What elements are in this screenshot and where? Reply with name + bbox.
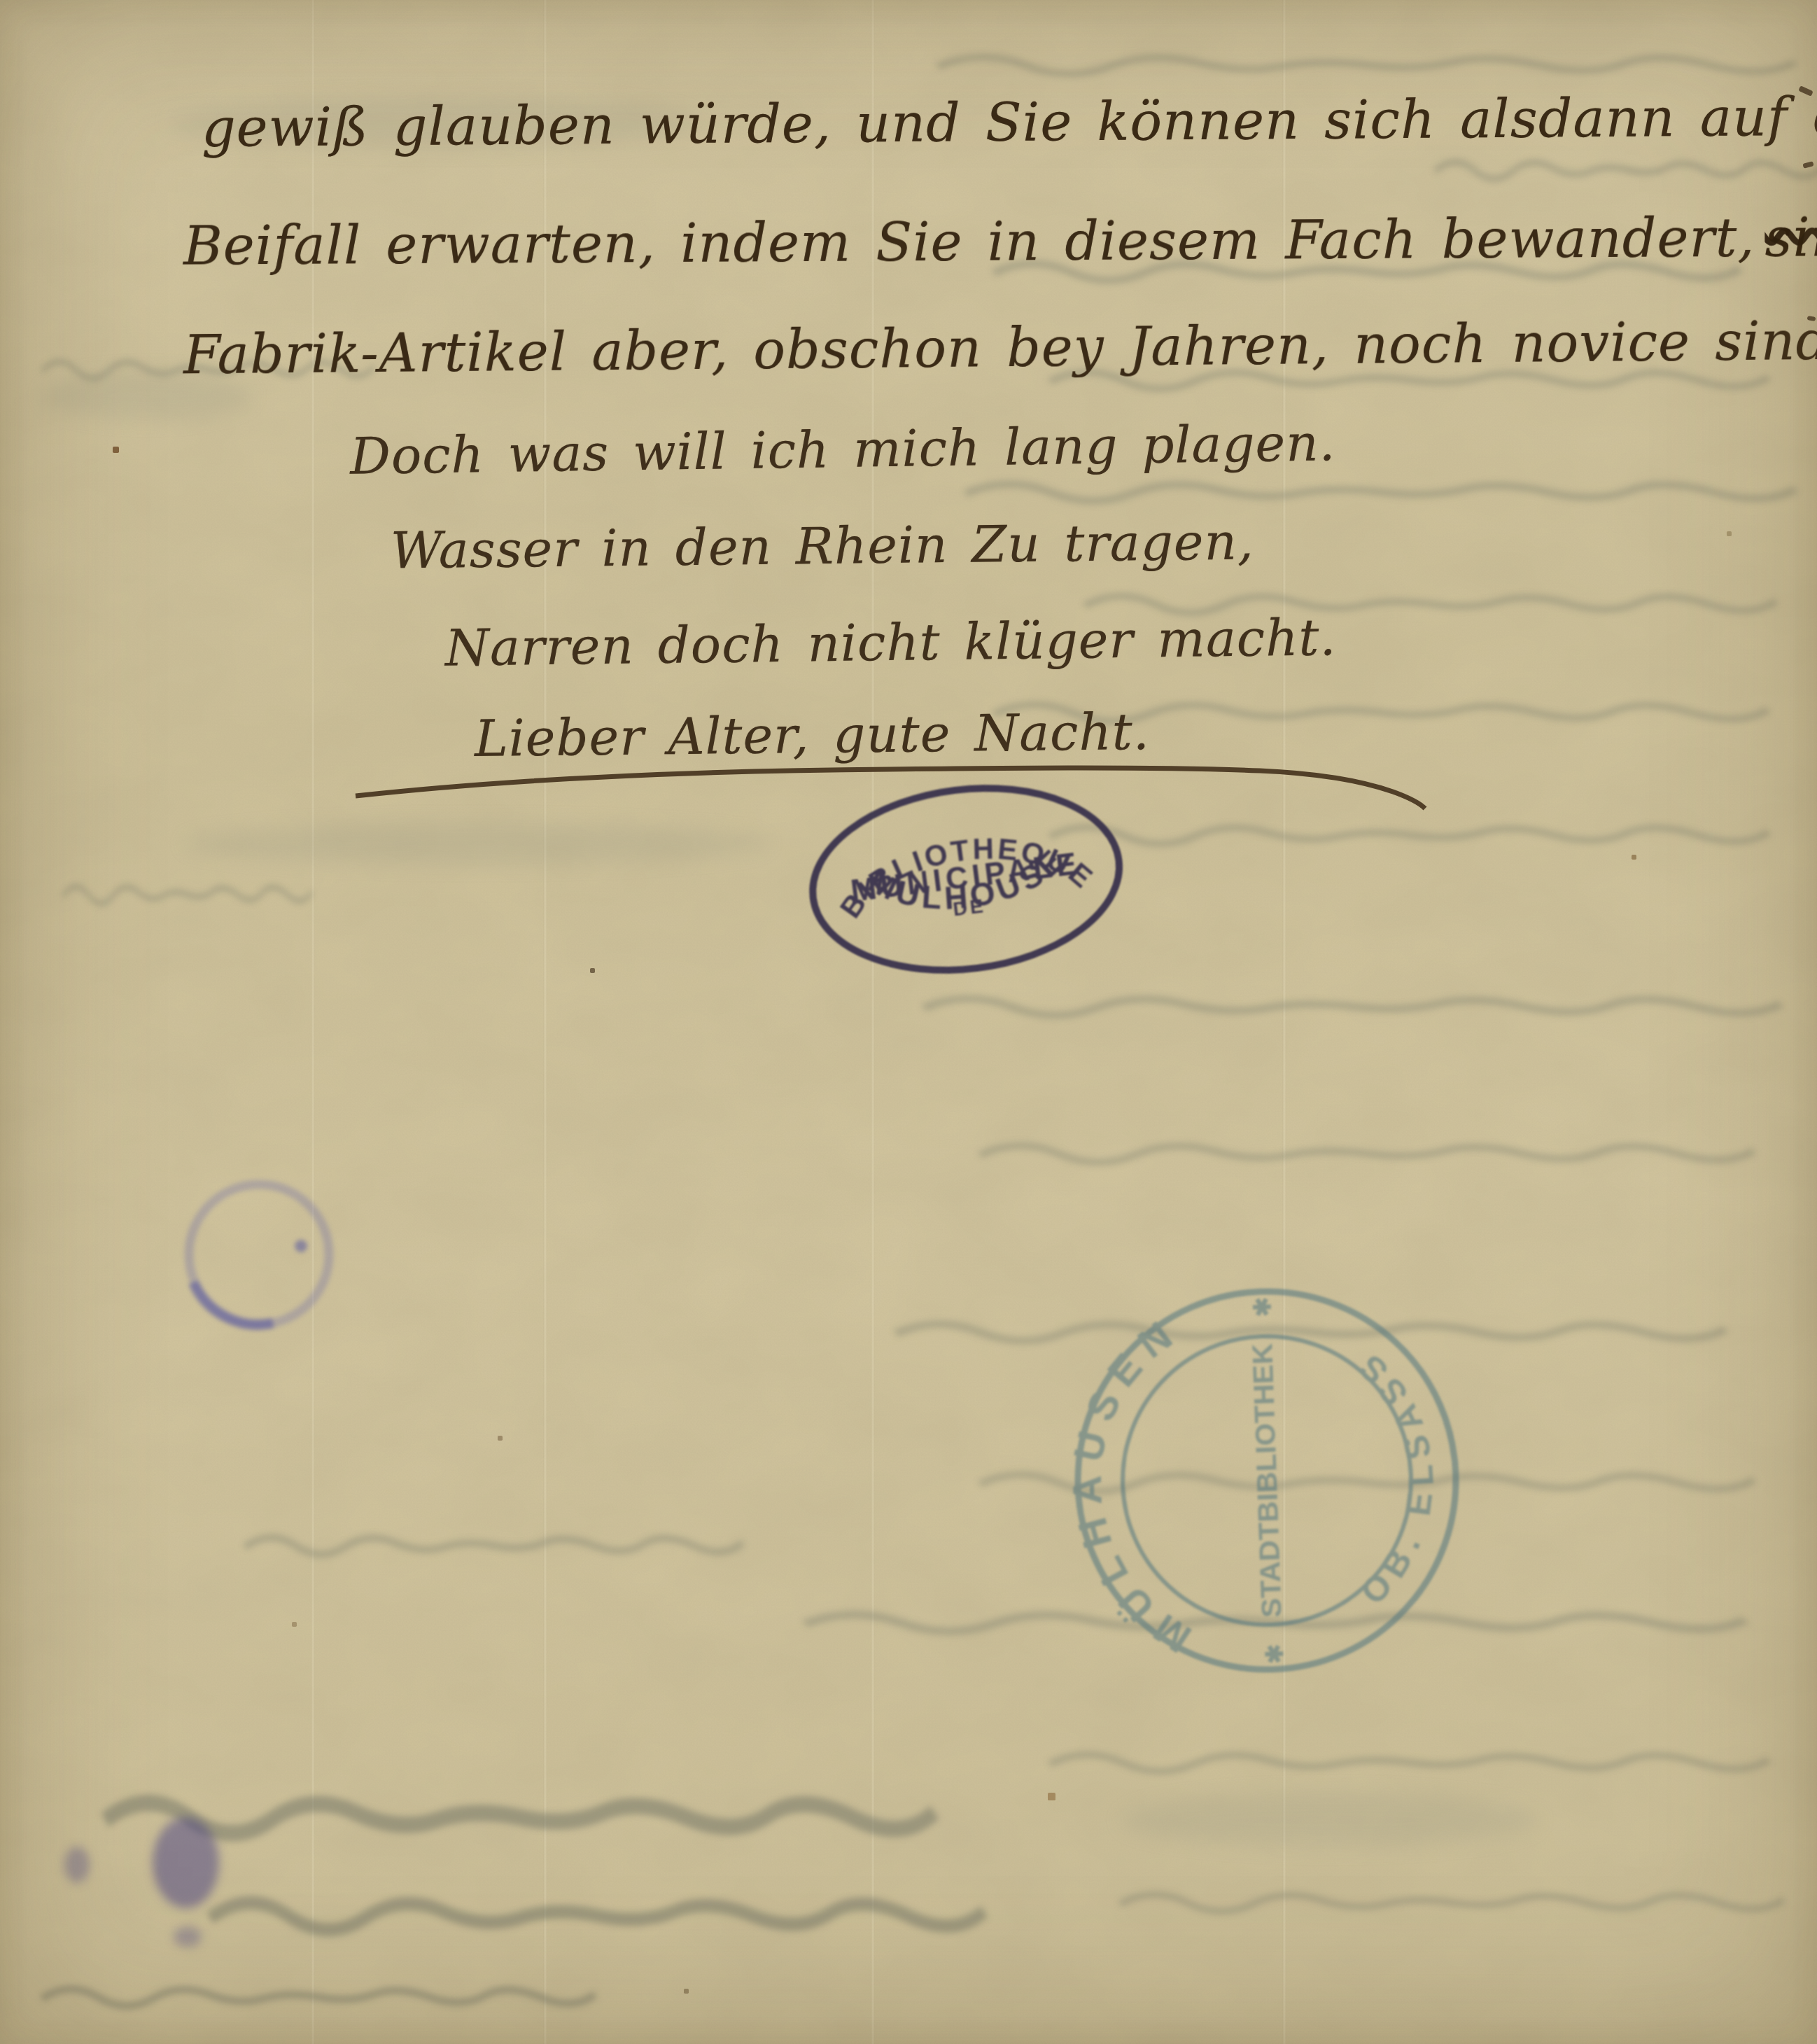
- edge-ink-mark: [1802, 161, 1814, 169]
- round-stamp-separator-left: ✱: [1261, 1644, 1289, 1665]
- fold-crease: [871, 0, 875, 2044]
- paper-grain: [0, 0, 1817, 2044]
- round-stamp-arc-top-text: MÜLHAUSEN: [1058, 1305, 1200, 1665]
- faint-round-stamp: [168, 1163, 350, 1345]
- round-stamp-arc-top: MÜLHAUSEN: [1058, 1305, 1200, 1665]
- fold-crease: [543, 0, 547, 2044]
- faint-stamp-blot: [295, 1240, 307, 1252]
- ghost-writing-layer: [0, 0, 1817, 2044]
- fold-crease: [311, 0, 315, 2044]
- poem-line-1: Doch was will ich mich lang plagen.: [349, 413, 1335, 486]
- poem-line-3: Narren doch nicht klüger macht.: [445, 608, 1337, 678]
- ink-smudge: [153, 1817, 219, 1908]
- fold-crease: [1282, 0, 1286, 2044]
- paper-mottle: [0, 0, 1817, 2044]
- scan-vignette: [0, 0, 1817, 2044]
- poem-line-2: Wasser in den Rhein Zu tragen,: [391, 512, 1255, 580]
- round-stamp-center-text: STADTBIBLIOTHEK: [1247, 1343, 1288, 1618]
- struck-word: sind: [1765, 206, 1817, 269]
- round-stamp-separator-right: ✱: [1249, 1296, 1277, 1317]
- manuscript-page: gewiß glauben würde, und Sie können sich…: [0, 0, 1817, 2044]
- line-2-text: Beifall erwarten, indem Sie in diesem Fa…: [183, 206, 1755, 277]
- paper-specks: [0, 0, 1, 1]
- oval-library-stamp: BIBLIOTHEQUE MUNICIPALE DE MULHOUSE: [787, 757, 1145, 1000]
- round-library-stamp: MÜLHAUSEN OB. ELSASS ✱ ✱ STADTBIBLIOTHEK: [1050, 1263, 1485, 1698]
- manuscript-line-3: Fabrik-Artikel aber, obschon bey Jahren,…: [183, 309, 1817, 386]
- paper-texture: [0, 0, 1817, 2044]
- ink-smudge: [174, 1926, 202, 1947]
- manuscript-line-1: gewiß glauben würde, und Sie können sich…: [202, 83, 1817, 159]
- manuscript-line-2: Beifall erwarten, indem Sie in diesem Fa…: [183, 205, 1817, 276]
- faint-stamp-arc: [193, 1282, 273, 1324]
- ink-smudge: [64, 1847, 90, 1883]
